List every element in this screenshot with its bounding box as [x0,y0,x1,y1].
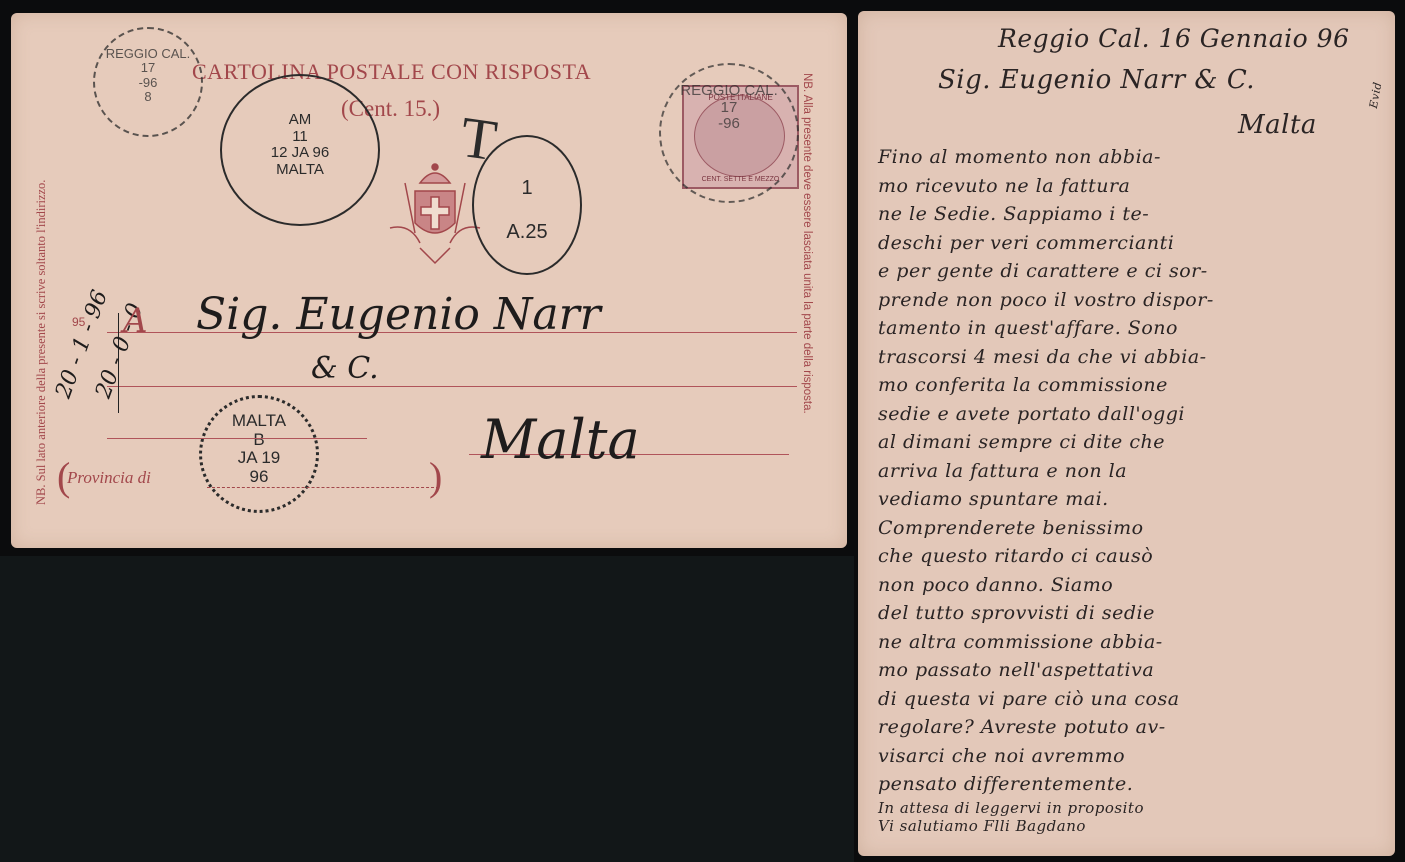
letter-margin-note: Evid [1360,80,1393,111]
letter-recipient-city: Malta [1238,111,1317,140]
postmark-text: -96 [661,116,797,133]
paren-right: ) [429,453,442,500]
postmark-text: 8 [95,90,201,104]
letter-line: regolare? Avreste potuto av- [878,713,1388,742]
postmark-text: 96 [202,468,316,487]
postmark-text: REGGIO CAL. [661,83,797,100]
postmark-text: AM [222,112,378,129]
letter-line: mo conferita la commissione [878,371,1388,400]
postmark-text: 11 [222,129,378,146]
address-prefix: A [123,301,148,341]
letter-line: Vi salutiamo Flli Bagdano [878,817,1388,835]
letter-line: prende non poco il vostro dispor- [878,286,1388,315]
address-name: Sig. Eugenio Narr [196,289,601,340]
letter-line: non poco danno. Siamo [878,571,1388,600]
postmark-reggio-stamp: REGGIO CAL. 17 -96 [659,63,799,203]
card-title: CARTOLINA POSTALE CON RISPOSTA [192,59,591,85]
postmark-text: B [202,431,316,450]
letter-line: arriva la fattura e non la [878,457,1388,486]
postmark-malta-top: AM 11 12 JA 96 MALTA [220,74,380,226]
address-city: Malta [481,408,640,471]
postmark-text: REGGIO CAL. [95,47,201,61]
address-line-3 [107,438,367,439]
postmark-reggio-left: REGGIO CAL. 17 -96 8 [93,27,203,137]
letter-line: di questa vi pare ciò una cosa [878,685,1388,714]
postmark-text: MALTA [222,162,378,179]
letter-recipient: Sig. Eugenio Narr & C. [938,66,1255,95]
letter-line: visarci che noi avremmo [878,742,1388,771]
postmark-text: 17 [95,61,201,75]
letter-line: pensato differentemente. [878,770,1388,799]
address-line-2 [107,386,797,387]
letter-date: Reggio Cal. 16 Gennaio 96 [998,25,1349,54]
letter-line: sedie e avete portato dall'oggi [878,400,1388,429]
postmark-text: 12 JA 96 [222,145,378,162]
postmark-text: A.25 [474,221,580,243]
letter-line: ne altra commissione abbia- [878,628,1388,657]
letter-line: e per gente di carattere e ci sor- [878,257,1388,286]
postmark-text: JA 19 [202,449,316,468]
provincia-field [207,487,439,488]
letter-line: mo ricevuto ne la fattura [878,172,1388,201]
address-company: & C. [311,351,379,386]
postmark-malta-bottom: MALTA B JA 19 96 [199,395,319,513]
letter-line: deschi per veri commercianti [878,229,1388,258]
left-margin-note: NB. Sul lato anteriore della presente si… [34,180,49,505]
postmark-oval-tax: 1 A.25 [472,135,582,275]
postmark-text: -96 [95,76,201,90]
letter-line: del tutto sprovvisti di sedie [878,599,1388,628]
background-band [0,556,854,862]
letter-line: In attesa di leggervi in proposito [878,799,1388,817]
letter-line: Fino al momento non abbia- [878,143,1388,172]
provincia-label: Provincia di [67,468,151,488]
postcard-back: Reggio Cal. 16 Gennaio 96 Sig. Eugenio N… [858,11,1395,856]
letter-line: mo passato nell'aspettativa [878,656,1388,685]
postcard-front: CARTOLINA POSTALE CON RISPOSTA (Cent. 15… [11,13,847,548]
letter-line: tamento in quest'affare. Sono [878,314,1388,343]
postmark-text: MALTA [202,412,316,431]
letter-body: Fino al momento non abbia-mo ricevuto ne… [878,143,1388,835]
letter-line: ne le Sedie. Sappiamo i te- [878,200,1388,229]
postmark-text: 17 [661,100,797,117]
letter-line: che questo ritardo ci causò [878,542,1388,571]
letter-line: Comprenderete benissimo [878,514,1388,543]
right-margin-note: NB. Alla presente deve essere lasciata u… [801,73,813,414]
letter-line: trascorsi 4 mesi da che vi abbia- [878,343,1388,372]
letter-line: vediamo spuntare mai. [878,485,1388,514]
letter-line: al dimani sempre ci dite che [878,428,1388,457]
postmark-text: 1 [474,177,580,199]
